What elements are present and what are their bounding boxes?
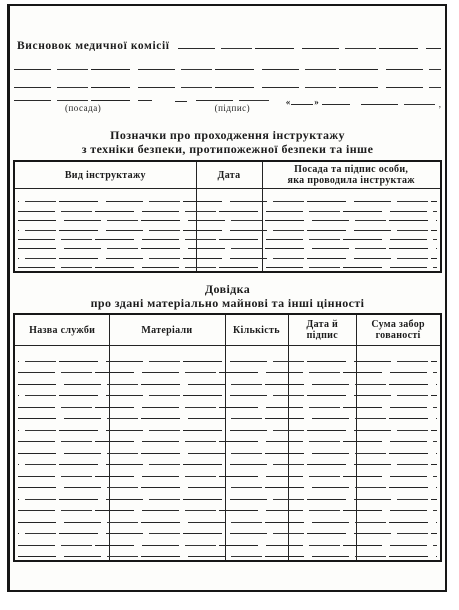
- blank-table-row: [17, 396, 438, 408]
- header-date-signature-line2: підпис: [307, 330, 338, 341]
- blank-table-row: [17, 546, 438, 558]
- header-debt-amount: Сума забор гованості: [356, 315, 440, 345]
- blank-table-row: [17, 193, 438, 202]
- signature-field: (підпис): [196, 99, 269, 113]
- blank-line: [14, 86, 441, 88]
- header-date-signature-line1: Дата й: [306, 319, 338, 330]
- valuables-table-header: Назва служби Матеріали Кількість Дата й …: [15, 315, 440, 346]
- date-day-blank: [291, 103, 313, 105]
- blank-table-row: [17, 373, 438, 385]
- instruction-table-body: [15, 189, 440, 271]
- instruction-table-header: Вид інструктажу Дата Посада та підпис ос…: [15, 162, 440, 189]
- valuables-section-title: Довідка про здані матеріально майнові та…: [10, 282, 445, 310]
- blank-table-row: [17, 259, 438, 268]
- close-quote-mark: »: [314, 99, 319, 105]
- header-instruction-type: Вид інструктажу: [15, 162, 196, 188]
- header-date: Дата: [196, 162, 263, 188]
- blank-table-row: [17, 488, 438, 500]
- header-service: Назва служби: [15, 315, 109, 345]
- signature-blank-line: [196, 99, 269, 101]
- medical-conclusion-label: Висновок медичної комісії: [17, 40, 170, 52]
- signature-caption: (підпис): [196, 103, 269, 113]
- date-year-blank: [361, 103, 437, 105]
- instruction-table: Вид інструктажу Дата Посада та підпис ос…: [13, 160, 442, 273]
- blank-table-row: [17, 523, 438, 535]
- valuables-table: Назва служби Матеріали Кількість Дата й …: [13, 313, 442, 562]
- instruction-title-line1: Позначки про проходження інструктажу: [10, 128, 445, 142]
- header-debt-line1: Сума забор: [371, 319, 425, 330]
- separator-dash: [175, 100, 187, 102]
- valuables-title-line2: про здані матеріально майнові та інші ці…: [10, 296, 445, 310]
- blank-table-row: [17, 442, 438, 454]
- blank-table-row: [17, 431, 438, 443]
- header-materials: Матеріали: [109, 315, 224, 345]
- blank-table-row: [17, 454, 438, 466]
- blank-table-row: [17, 202, 438, 211]
- position-blank-line: [14, 99, 152, 101]
- valuables-title-line1: Довідка: [10, 282, 445, 296]
- blank-table-row: [17, 511, 438, 523]
- blank-table-row: [17, 350, 438, 362]
- instruction-title-line2: з техніки безпеки, протипожежної безпеки…: [10, 142, 445, 156]
- blank-table-row: [17, 231, 438, 240]
- page-border: Висновок медичної комісії (посада) (підп…: [7, 4, 447, 592]
- header-date-signature: Дата й підпис: [288, 315, 356, 345]
- blank-table-row: [17, 249, 438, 258]
- blank-table-row: [17, 212, 438, 221]
- header-quantity: Кількість: [225, 315, 289, 345]
- blank-table-row: [17, 500, 438, 512]
- blank-line: [14, 68, 441, 70]
- valuables-table-body: [15, 346, 440, 560]
- header-official-line2: яка проводила інструктаж: [288, 175, 415, 186]
- blank-table-row: [17, 240, 438, 249]
- blank-table-row: [17, 408, 438, 420]
- blank-table-row: [17, 362, 438, 374]
- blank-table-row: [17, 419, 438, 431]
- blank-table-row: [17, 534, 438, 546]
- header-official: Посада та підпис особи, яка проводила ін…: [262, 162, 440, 188]
- instruction-section-title: Позначки про проходження інструктажу з т…: [10, 128, 445, 156]
- trailing-comma: ,: [439, 99, 441, 109]
- medical-conclusion-row: Висновок медичної комісії: [17, 40, 441, 52]
- blank-table-row: [17, 385, 438, 397]
- date-month-blank: [322, 103, 350, 105]
- blank-table-row: [17, 221, 438, 230]
- position-field: (посада): [14, 99, 152, 113]
- position-caption: (посада): [14, 103, 152, 113]
- header-official-line1: Посада та підпис особи,: [294, 164, 408, 175]
- header-debt-line2: гованості: [376, 330, 421, 341]
- date-field: « » ,: [285, 99, 441, 109]
- open-quote-mark: «: [286, 99, 291, 105]
- signature-row: (посада) (підпис) « » ,: [14, 99, 441, 121]
- blank-table-row: [17, 465, 438, 477]
- blank-fill-line: [178, 47, 441, 49]
- blank-table-row: [17, 477, 438, 489]
